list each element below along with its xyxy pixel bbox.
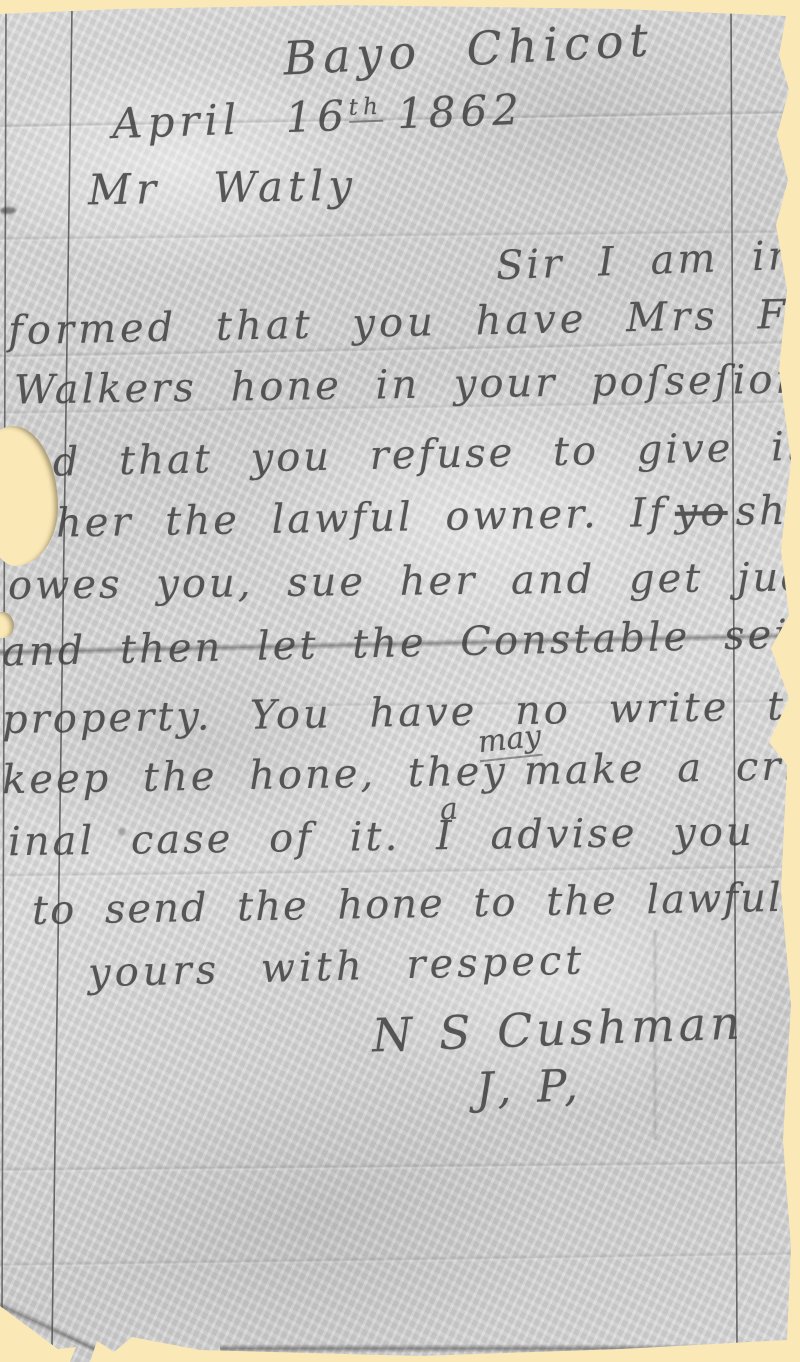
date-ordinal: th [348,94,383,123]
left-inner-rule-line [52,8,72,1345]
struck-word: yo [675,489,728,536]
letter-recipient-line: Mr Watly [88,161,358,215]
letter-paper: Bayo Chicot April 16th1862 Mr Watly Sir … [0,0,800,1362]
letter-body-line: owes you, sue her and get judgmen [8,553,800,609]
letter-signature-title: J, P, [475,1060,584,1115]
ink-smudge [0,207,16,214]
line-text: keep the hone, they [2,748,509,803]
date-year: 1862 [396,85,525,138]
line-text: she [735,487,800,534]
line-text: make a crim [524,743,800,795]
right-rule-line [731,8,737,1350]
date-day: April 16 [111,91,350,148]
scanned-letter-photo: Bayo Chicot April 16th1862 Mr Watly Sir … [0,0,800,1362]
